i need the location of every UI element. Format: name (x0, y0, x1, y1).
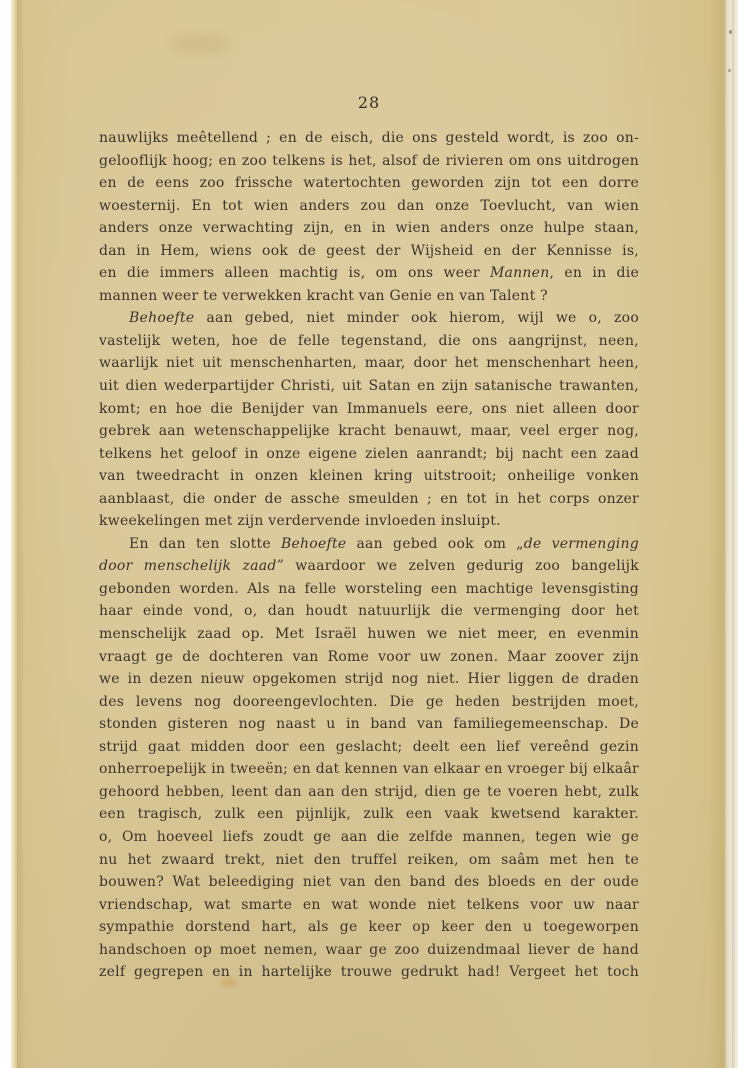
text-line: anders onze verwachting zijn, en in wien… (99, 217, 639, 240)
text-line: handschoen op moet nemen, waar ge zoo du… (99, 939, 639, 962)
text-line: vastelijk weten, hoe de felle tegenstand… (99, 330, 639, 353)
text-line: nauwlijks meêtellend ; en de eisch, die … (99, 127, 639, 150)
paper-speck (729, 30, 732, 34)
text-line: gebrek aan wetenschappelijke kracht bena… (99, 420, 639, 443)
scan-right-edge (732, 0, 738, 1068)
text-line: haar einde vond, o, dan houdt natuurlijk… (99, 600, 639, 623)
scan-left-seam (17, 0, 25, 1068)
paper-smudge-top (170, 36, 230, 52)
text-line: woesternij. En tot wien anders zou dan o… (99, 195, 639, 218)
text-line: vraagt ge de dochteren van Rome voor uw … (99, 646, 639, 669)
paper-speck (728, 69, 731, 72)
text-line: sympathie dorstend hart, als ge keer op … (99, 916, 639, 939)
text-line: telkens het geloof in onze eigene zielen… (99, 443, 639, 466)
text-line: onherroepelijk in tweeën; en dat kennen … (99, 758, 639, 781)
text-line: menschelijk zaad op. Met Israël huwen we… (99, 623, 639, 646)
text-line: Behoefte aan gebed, niet minder ook hier… (99, 307, 639, 330)
text-line: En dan ten slotte Behoefte aan gebed ook… (99, 533, 639, 556)
text-line: komt; en hoe die Benijder van Immanuels … (99, 398, 639, 421)
text-line: vriendschap, wat smarte en wat wonde nie… (99, 894, 639, 917)
scanned-page: 28 nauwlijks meêtellend ; en de eisch, d… (0, 0, 738, 1068)
text-line: strijd gaat midden door een geslacht; de… (99, 736, 639, 759)
text-line: nu het zwaard trekt, niet den truffel re… (99, 849, 639, 872)
text-line: stonden gisteren nog naast u in band van… (99, 713, 639, 736)
text-line: o, Om hoeveel liefs zoudt ge aan die zel… (99, 826, 639, 849)
text-line: aanblaast, die onder de assche smeulden … (99, 488, 639, 511)
text-line: een tragisch, zulk een pijnlijk, zulk ee… (99, 803, 639, 826)
text-line: we in dezen nieuw opgekomen strijd nog n… (99, 668, 639, 691)
text-line: gelooflijk hoog; en zoo telkens is het, … (99, 150, 639, 173)
text-line: des levens nog dooreengevlochten. Die ge… (99, 691, 639, 714)
text-line: gebonden worden. Als na felle worsteling… (99, 578, 639, 601)
text-line: kweekelingen met zijn verdervende invloe… (99, 510, 639, 533)
text-line: door menschelijk zaad” waardoor we zelve… (99, 555, 639, 578)
text-line: waarlijk niet uit menschenharten, maar, … (99, 352, 639, 375)
text-line: gehoord hebben, leent dan aan den strijd… (99, 781, 639, 804)
text-line: zelf gegrepen en in hartelijke trouwe ge… (99, 961, 639, 984)
text-line: van tweedracht in onzen kleinen kring ui… (99, 465, 639, 488)
text-line: en de eens zoo frissche watertochten gew… (99, 172, 639, 195)
text-line: dan in Hem, wiens ook de geest der Wijsh… (99, 240, 639, 263)
page-number: 28 (99, 93, 639, 112)
text-line: bouwen? Wat beleediging niet van den ban… (99, 871, 639, 894)
scan-left-edge (0, 0, 17, 1068)
text-line: uit dien wederpartijder Christi, uit Sat… (99, 375, 639, 398)
body-text: nauwlijks meêtellend ; en de eisch, die … (99, 127, 639, 984)
text-line: mannen weer te verwekken kracht van Geni… (99, 285, 639, 308)
text-line: en die immers alleen machtig is, om ons … (99, 262, 639, 285)
